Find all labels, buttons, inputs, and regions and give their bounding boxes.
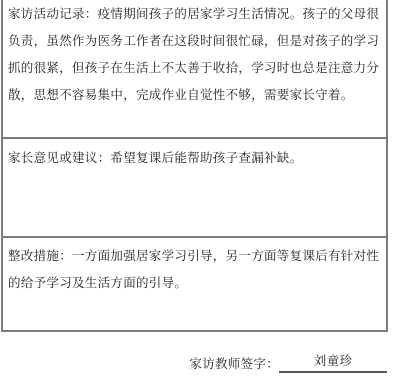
home-visit-record-cell: 家访活动记录：疫情期间孩子的居家学习生活情况。孩子的父母很负责，虽然作为医务工作…: [3, 0, 386, 137]
parent-opinion-cell: 家长意见或建议：希望复课后能帮助孩子查漏补缺。: [3, 137, 386, 236]
home-visit-record-page: 家访活动记录：疫情期间孩子的居家学习生活情况。孩子的父母很负责，虽然作为医务工作…: [0, 0, 395, 380]
teacher-signature-name: 刘童珍: [279, 352, 387, 373]
home-visit-form-table: 家访活动记录：疫情期间孩子的居家学习生活情况。孩子的父母很负责，虽然作为医务工作…: [1, 0, 388, 332]
teacher-signature-label: 家访教师签字：: [189, 355, 279, 373]
corrective-measures-cell: 整改措施：一方面加强居家学习引导，另一方面等复课后有针对性的给予学习及生活方面的…: [3, 236, 386, 330]
teacher-signature-row: 家访教师签字：刘童珍: [189, 352, 387, 373]
